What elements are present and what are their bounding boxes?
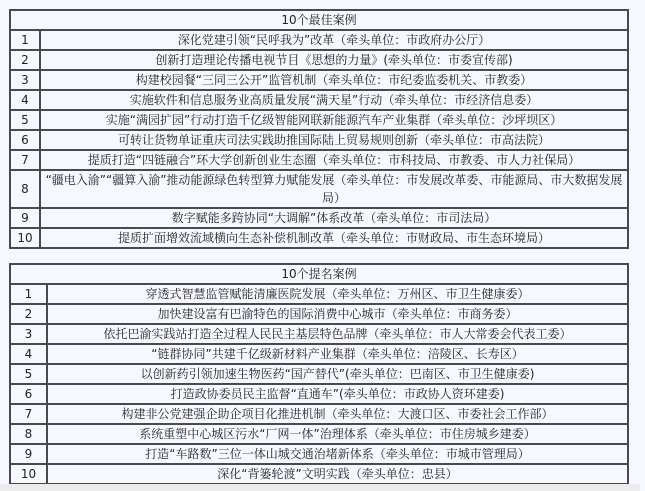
table-row: 10 提质扩面增效流域横向生态补偿机制改革（牵头单位：市财政局、市生态环境局） [10,228,628,248]
case-description: 构建非公党建强企助企项目化推进机制（牵头单位：大渡口区、市委社会工作部） [47,404,628,424]
row-number: 4 [10,90,40,110]
table-row: 5 以创新药引领加速生物医药“国产替代”(牵头单位：巴南区、市卫生健康委) [10,364,628,384]
row-number: 7 [10,150,40,170]
row-number: 3 [10,70,40,90]
case-description: 加快建设富有巴渝特色的国际消费中心城市（牵头单位：市商务委） [47,304,628,324]
case-description: 可转让货物单证重庆司法实践助推国际陆上贸易规则创新（牵头单位：市高法院） [40,130,628,150]
page: 10个最佳案例 1 深化党建引领“民呼我为”改革（牵头单位：市政府办公厅） 2 … [0,0,645,491]
row-number: 1 [10,284,47,304]
case-description: 数字赋能多跨协同“大调解”体系改革（牵头单位：市司法局） [40,208,628,228]
case-description: 系统重塑中心城区污水“厂网一体”治理体系（牵头单位：市住房城乡建委） [47,424,628,444]
case-description: 深化“背篓轮渡”文明实践（牵头单位：忠县） [47,464,628,484]
row-number: 10 [10,228,40,248]
table-row: 3 构建校园餐“三同三公开”监管机制（牵头单位：市纪委监委机关、市教委） [10,70,628,90]
table-row: 1 深化党建引领“民呼我为”改革（牵头单位：市政府办公厅） [10,30,628,50]
case-description: “链群协同”共建千亿级新材料产业集群（牵头单位：涪陵区、长寿区） [47,344,628,364]
table-row: 5 实施“满园扩园”行动打造千亿级智能网联新能源汽车产业集群（牵头单位：沙坪坝区… [10,110,628,130]
row-number: 5 [10,364,47,384]
case-description: 提质打造“四链融合”环大学创新创业生态圈（牵头单位：市科技局、市教委、市人力社保… [40,150,628,170]
row-number: 5 [10,110,40,130]
table-header-row: 10个提名案例 [10,264,628,284]
row-number: 6 [10,384,47,404]
table-row: 4 “链群协同”共建千亿级新材料产业集群（牵头单位：涪陵区、长寿区） [10,344,628,364]
table-row: 6 打造政协委员民主监督“直通车”(牵头单位：市政协人资环建委) [10,384,628,404]
case-description: 实施软件和信息服务业高质量发展“满天星”行动（牵头单位：市经济信息委） [40,90,628,110]
case-description: 依托巴渝实践站打造全过程人民民主基层特色品牌（牵头单位：市人大常委会代表工委） [47,324,628,344]
case-description: 创新打造理论传播电视节目《思想的力量》(牵头单位：市委宣传部) [40,50,628,70]
row-number: 7 [10,404,47,424]
row-number: 4 [10,344,47,364]
row-number: 2 [10,50,40,70]
table-row: 1 穿透式智慧监管赋能清廉医院发展（牵头单位：万州区、市卫生健康委） [10,284,628,304]
table-row: 8 系统重塑中心城区污水“厂网一体”治理体系（牵头单位：市住房城乡建委） [10,424,628,444]
row-number: 1 [10,30,40,50]
row-number: 8 [10,170,40,208]
table-row: 2 加快建设富有巴渝特色的国际消费中心城市（牵头单位：市商务委） [10,304,628,324]
table-row: 9 打造“车路数”三位一体山城交通治堵新体系（牵头单位：市城市管理局） [10,444,628,464]
nominated-cases-title: 10个提名案例 [10,264,628,284]
row-number: 2 [10,304,47,324]
table-header-row: 10个最佳案例 [10,10,628,30]
row-number: 8 [10,424,47,444]
table-row: 7 构建非公党建强企助企项目化推进机制（牵头单位：大渡口区、市委社会工作部） [10,404,628,424]
case-description: 打造政协委员民主监督“直通车”(牵头单位：市政协人资环建委) [47,384,628,404]
case-description: 穿透式智慧监管赋能清廉医院发展（牵头单位：万州区、市卫生健康委） [47,284,628,304]
row-number: 9 [10,208,40,228]
row-number: 6 [10,130,40,150]
table-row: 6 可转让货物单证重庆司法实践助推国际陆上贸易规则创新（牵头单位：市高法院） [10,130,628,150]
case-description: 打造“车路数”三位一体山城交通治堵新体系（牵头单位：市城市管理局） [47,444,628,464]
case-description: 深化党建引领“民呼我为”改革（牵头单位：市政府办公厅） [40,30,628,50]
table-row: 2 创新打造理论传播电视节目《思想的力量》(牵头单位：市委宣传部) [10,50,628,70]
row-number: 10 [10,464,47,484]
case-description: “疆电入渝”“疆算入渝”推动能源绿色转型算力赋能发展（牵头单位：市发展改革委、市… [40,170,628,208]
table-row: 3 依托巴渝实践站打造全过程人民民主基层特色品牌（牵头单位：市人大常委会代表工委… [10,324,628,344]
nominated-cases-table: 10个提名案例 1 穿透式智慧监管赋能清廉医院发展（牵头单位：万州区、市卫生健康… [9,263,629,485]
case-description: 以创新药引领加速生物医药“国产替代”(牵头单位：巴南区、市卫生健康委) [47,364,628,384]
table-row: 9 数字赋能多跨协同“大调解”体系改革（牵头单位：市司法局） [10,208,628,228]
table-row: 10 深化“背篓轮渡”文明实践（牵头单位：忠县） [10,464,628,484]
row-number: 9 [10,444,47,464]
best-cases-title: 10个最佳案例 [10,10,628,30]
bottom-divider [0,484,640,491]
case-description: 提质扩面增效流域横向生态补偿机制改革（牵头单位：市财政局、市生态环境局） [40,228,628,248]
case-description: 构建校园餐“三同三公开”监管机制（牵头单位：市纪委监委机关、市教委） [40,70,628,90]
table-row: 4 实施软件和信息服务业高质量发展“满天星”行动（牵头单位：市经济信息委） [10,90,628,110]
table-row: 8 “疆电入渝”“疆算入渝”推动能源绿色转型算力赋能发展（牵头单位：市发展改革委… [10,170,628,208]
best-cases-table: 10个最佳案例 1 深化党建引领“民呼我为”改革（牵头单位：市政府办公厅） 2 … [9,9,629,249]
case-description: 实施“满园扩园”行动打造千亿级智能网联新能源汽车产业集群（牵头单位：沙坪坝区） [40,110,628,130]
table-row: 7 提质打造“四链融合”环大学创新创业生态圈（牵头单位：市科技局、市教委、市人力… [10,150,628,170]
row-number: 3 [10,324,47,344]
